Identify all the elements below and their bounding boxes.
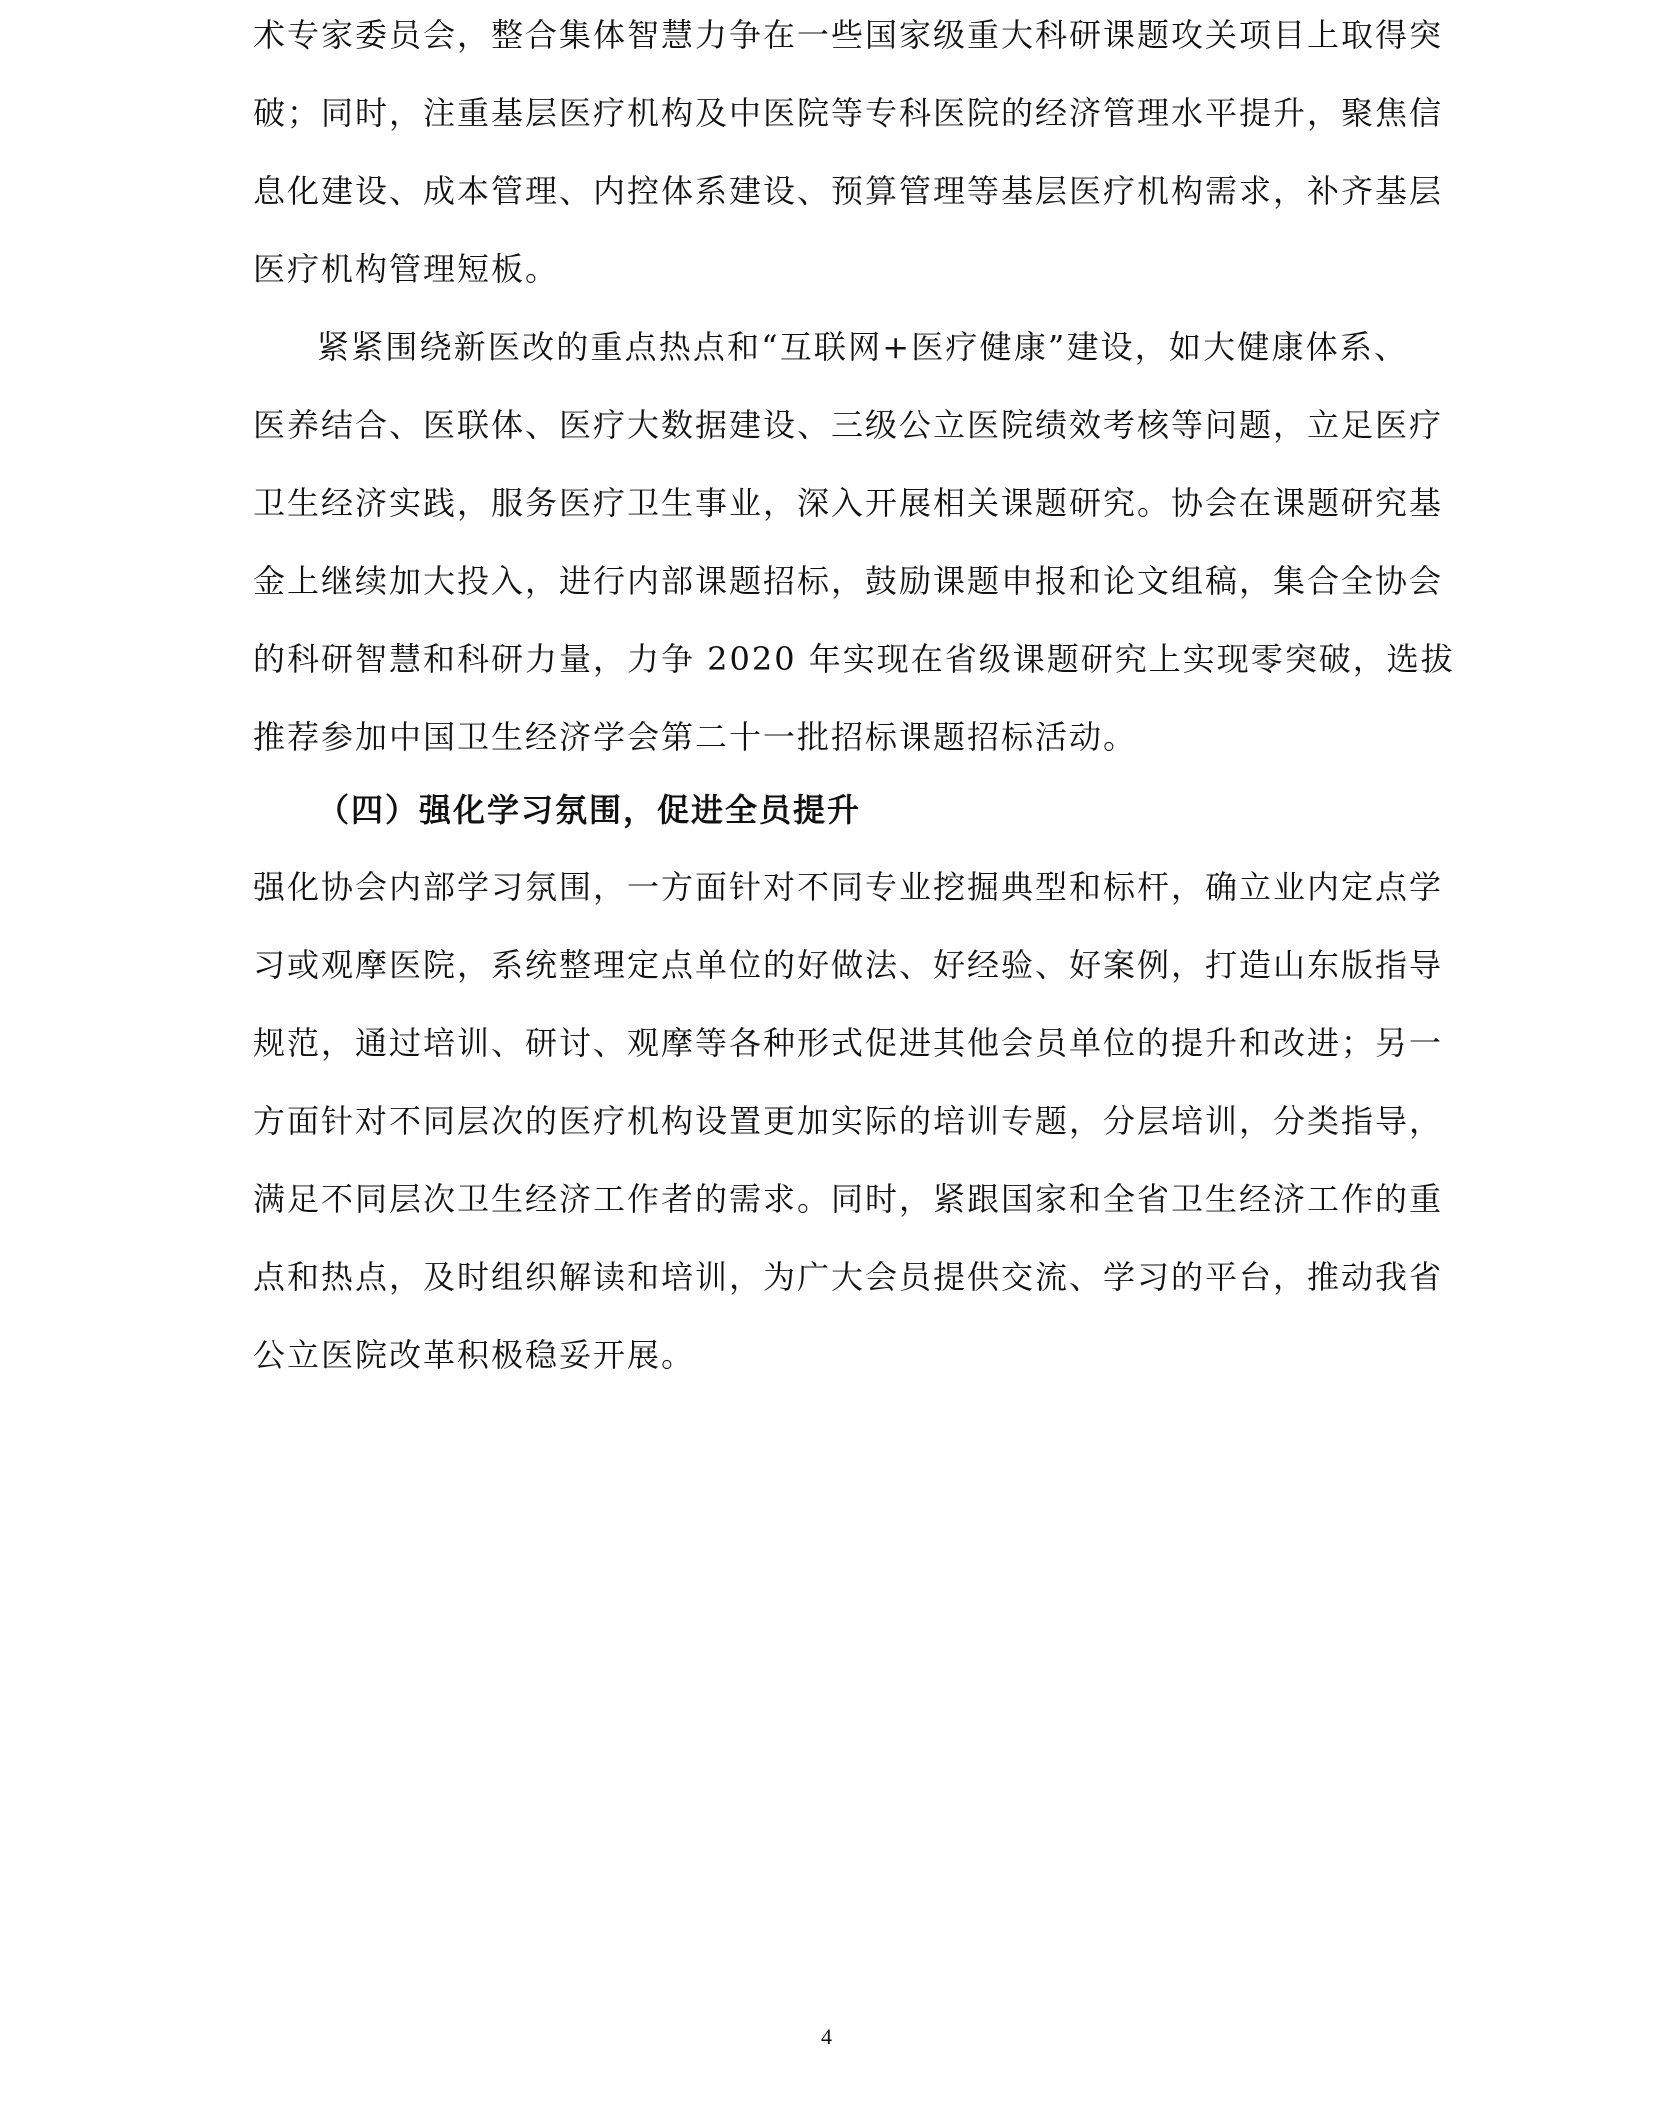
paragraph-2-line-4: 金上继续加大投入，进行内部课题招标，鼓励课题申报和论文组稿，集合全协会: [253, 556, 1408, 606]
section-paragraph-line-5: 满足不同层次卫生经济工作者的需求。同时，紧跟国家和全省卫生经济工作的重: [253, 1174, 1408, 1224]
paragraph-1-line-4: 医疗机构管理短板。: [253, 244, 1408, 294]
section-paragraph-line-3: 规范，通过培训、研讨、观摩等各种形式促进其他会员单位的提升和改进；另一: [253, 1018, 1408, 1068]
page-number: 4: [800, 2022, 853, 2052]
section-paragraph-line-7: 公立医院改革积极稳妥开展。: [253, 1330, 1408, 1380]
paragraph-1-line-2: 破；同时，注重基层医疗机构及中医院等专科医院的经济管理水平提升，聚焦信: [253, 88, 1408, 138]
paragraph-2-line-5: 的科研智慧和科研力量，力争 2020 年实现在省级课题研究上实现零突破，选拔: [253, 634, 1408, 684]
section-paragraph-line-1: 强化协会内部学习氛围，一方面针对不同专业挖掘典型和标杆，确立业内定点学: [253, 862, 1408, 912]
paragraph-1-line-1: 术专家委员会，整合集体智慧力争在一些国家级重大科研课题攻关项目上取得突: [253, 10, 1408, 60]
section-paragraph-line-6: 点和热点，及时组织解读和培训，为广大会员提供交流、学习的平台，推动我省: [253, 1252, 1408, 1302]
paragraph-2-line-6: 推荐参加中国卫生经济学会第二十一批招标课题招标活动。: [253, 712, 1408, 762]
document-page: 术专家委员会，整合集体智慧力争在一些国家级重大科研课题攻关项目上取得突 破；同时…: [0, 0, 1653, 2121]
paragraph-2-line-1: 紧紧围绕新医改的重点热点和“互联网+医疗健康”建设，如大健康体系、: [317, 322, 1408, 372]
paragraph-2-line-3: 卫生经济实践，服务医疗卫生事业，深入开展相关课题研究。协会在课题研究基: [253, 478, 1408, 528]
section-paragraph-line-4: 方面针对不同层次的医疗机构设置更加实际的培训专题，分层培训，分类指导，: [253, 1096, 1408, 1146]
paragraph-2-line-2: 医养结合、医联体、医疗大数据建设、三级公立医院绩效考核等问题，立足医疗: [253, 400, 1408, 450]
section-heading: （四）强化学习氛围，促进全员提升: [317, 785, 861, 835]
paragraph-1-line-3: 息化建设、成本管理、内控体系建设、预算管理等基层医疗机构需求，补齐基层: [253, 166, 1408, 216]
section-paragraph-line-2: 习或观摩医院，系统整理定点单位的好做法、好经验、好案例，打造山东版指导: [253, 940, 1408, 990]
